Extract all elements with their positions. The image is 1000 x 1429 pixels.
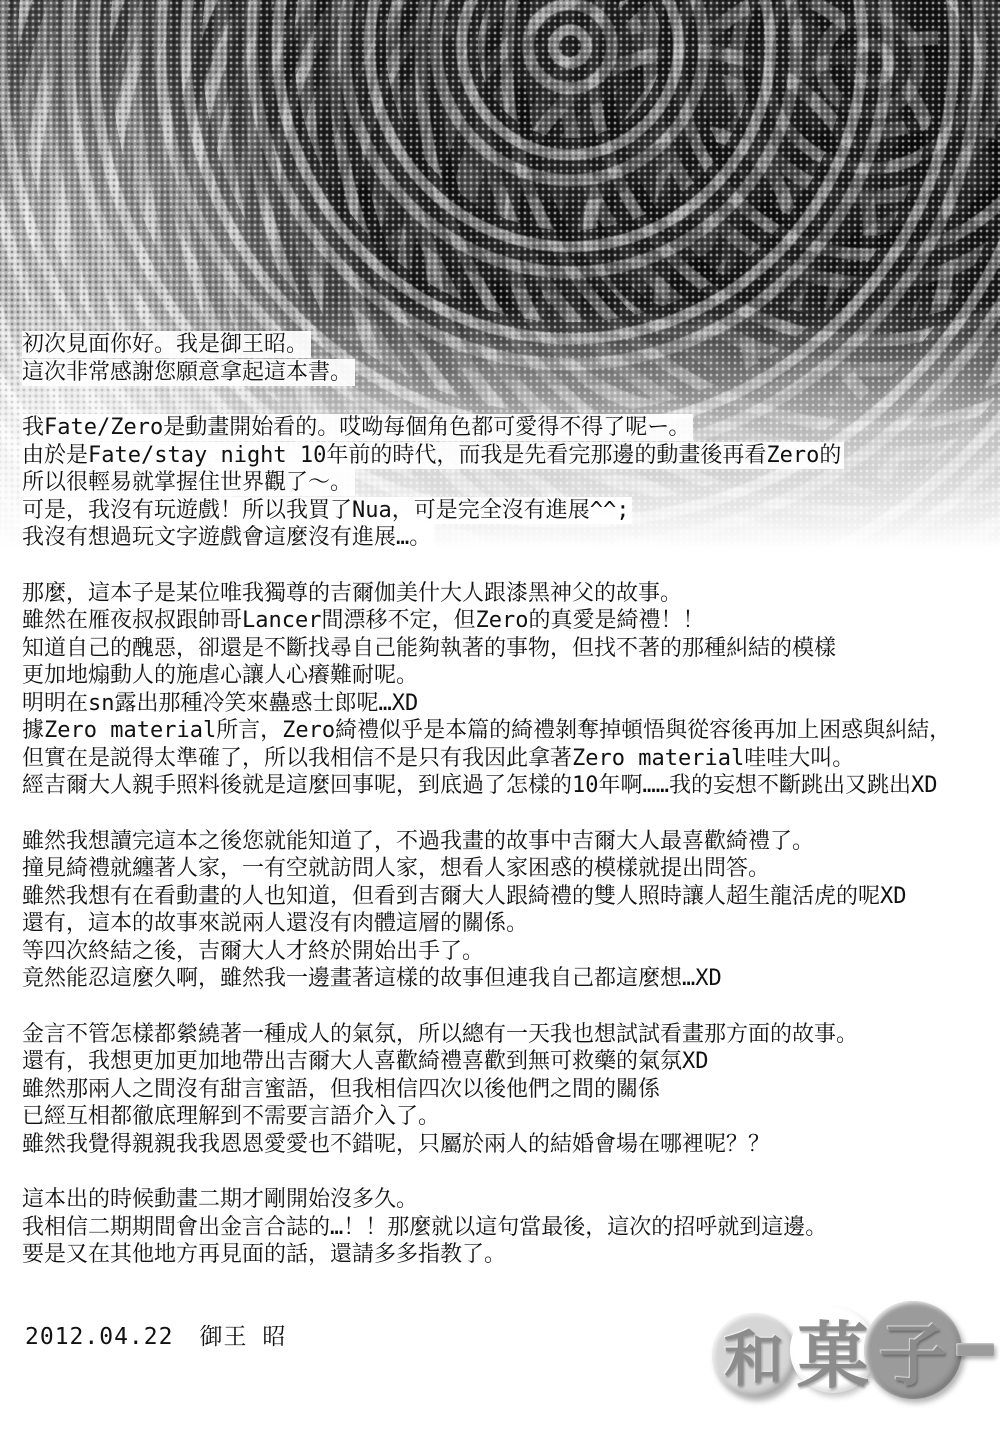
afterword-line: 等四次終結之後，吉爾大人才終於開始出手了。 bbox=[22, 938, 990, 966]
logo-char-shi: 子 bbox=[879, 1302, 947, 1399]
logo-dash bbox=[956, 1343, 994, 1356]
signature-date: 2012.04.22 bbox=[25, 1324, 173, 1350]
afterword-page: 初次見面你好。我是御王昭。 這次非常感謝您願意拿起這本書。 我Fate/Zero… bbox=[0, 0, 1000, 1429]
afterword-paragraph-5: 金言不管怎樣都縈繞著一種成人的氣氛，所以總有一天我也想試試看畫那方面的故事。 還… bbox=[22, 1021, 990, 1159]
afterword-line: 雖然在雁夜叔叔跟帥哥Lancer間漂移不定，但Zero的真愛是綺禮！！ bbox=[22, 607, 990, 635]
afterword-line: 我相信二期期間會出金言合誌的…！！那麼就以這句當最後，這次的招呼就到這邊。 bbox=[22, 1214, 990, 1242]
afterword-line: 雖然我想讀完這本之後您就能知道了，不過我畫的故事中吉爾大人最喜歡綺禮了。 bbox=[22, 828, 990, 856]
afterword-line: 初次見面你好。我是御王昭。 bbox=[22, 331, 990, 359]
afterword-paragraph-4: 雖然我想讀完這本之後您就能知道了，不過我畫的故事中吉爾大人最喜歡綺禮了。 撞見綺… bbox=[22, 828, 990, 993]
afterword-line: 但實在是説得太準確了，所以我相信不是只有我因此拿著Zero material哇哇… bbox=[22, 745, 990, 773]
afterword-line: 那麼，這本子是某位唯我獨尊的吉爾伽美什大人跟漆黑神父的故事。 bbox=[22, 580, 990, 608]
logo-char-ka: 菓 bbox=[797, 1298, 869, 1402]
afterword-line: 由於是Fate/stay night 10年前的時代，而我是先看完那邊的動畫後再… bbox=[22, 442, 990, 470]
logo-circle-1: 和 bbox=[712, 1313, 796, 1397]
afterword-text: 初次見面你好。我是御王昭。 這次非常感謝您願意拿起這本書。 我Fate/Zero… bbox=[22, 331, 990, 1297]
afterword-line: 雖然我覺得親親我我恩恩愛愛也不錯呢，只屬於兩人的結婚會場在哪裡呢？？ bbox=[22, 1131, 990, 1159]
afterword-line: 這本出的時候動畫二期才剛開始沒多久。 bbox=[22, 1186, 990, 1214]
afterword-line: 這次非常感謝您願意拿起這本書。 bbox=[22, 359, 990, 387]
afterword-line: 竟然能忍這麼久啊，雖然我一邊畫著這樣的故事但連我自己都這麼想…XD bbox=[22, 965, 990, 993]
afterword-paragraph-1: 初次見面你好。我是御王昭。 這次非常感謝您願意拿起這本書。 bbox=[22, 331, 990, 386]
afterword-line: 所以很輕易就掌握住世界觀了～。 bbox=[22, 469, 990, 497]
afterword-paragraph-3: 那麼，這本子是某位唯我獨尊的吉爾伽美什大人跟漆黑神父的故事。 雖然在雁夜叔叔跟帥… bbox=[22, 580, 990, 800]
afterword-line: 知道自己的醜惡，卻還是不斷找尋自己能夠執著的事物，但找不著的那種糾結的模樣 bbox=[22, 635, 990, 663]
afterword-line: 我Fate/Zero是動畫開始看的。哎呦每個角色都可愛得不得了呢ー。 bbox=[22, 414, 990, 442]
afterword-line: 明明在sn露出那種冷笑來蠱惑士郎呢…XD bbox=[22, 690, 990, 718]
afterword-paragraph-2: 我Fate/Zero是動畫開始看的。哎呦每個角色都可愛得不得了呢ー。 由於是Fa… bbox=[22, 414, 990, 552]
wagashi-circle-logo: 和 菓 子 bbox=[700, 1283, 1000, 1423]
signature-name: 御王 昭 bbox=[199, 1324, 286, 1350]
afterword-line: 金言不管怎樣都縈繞著一種成人的氣氛，所以總有一天我也想試試看畫那方面的故事。 bbox=[22, 1021, 990, 1049]
afterword-paragraph-6: 這本出的時候動畫二期才剛開始沒多久。 我相信二期期間會出金言合誌的…！！那麼就以… bbox=[22, 1186, 990, 1269]
afterword-line: 雖然我想有在看動畫的人也知道，但看到吉爾大人跟綺禮的雙人照時讓人超生龍活虎的呢X… bbox=[22, 883, 990, 911]
afterword-line: 撞見綺禮就纏著人家，一有空就訪問人家，想看人家困惑的模樣就提出問答。 bbox=[22, 855, 990, 883]
signature: 2012.04.22御王 昭 bbox=[25, 1318, 286, 1351]
afterword-line: 經吉爾大人親手照料後就是這麼回事呢，到底過了怎樣的10年啊……我的妄想不斷跳出又… bbox=[22, 772, 990, 800]
afterword-line: 我沒有想過玩文字遊戲會這麼沒有進展…。 bbox=[22, 524, 990, 552]
logo-circle-3: 子 bbox=[864, 1301, 962, 1399]
afterword-line: 要是又在其他地方再見面的話，還請多多指教了。 bbox=[22, 1241, 990, 1269]
afterword-line: 據Zero material所言，Zero綺禮似乎是本篇的綺禮剝奪掉頓悟與從容後… bbox=[22, 717, 990, 745]
afterword-line: 更加地煽動人的施虐心讓人心癢難耐呢。 bbox=[22, 662, 990, 690]
afterword-line: 還有，我想更加更加地帶出吉爾大人喜歡綺禮喜歡到無可救藥的氣氛XD bbox=[22, 1048, 990, 1076]
logo-char-wa: 和 bbox=[724, 1312, 784, 1398]
afterword-line: 還有，這本的故事來説兩人還沒有肉體這層的關係。 bbox=[22, 910, 990, 938]
afterword-line: 可是，我沒有玩遊戲！所以我買了Nua，可是完全沒有進展^^; bbox=[22, 497, 990, 525]
afterword-line: 已經互相都徹底理解到不需要言語介入了。 bbox=[22, 1103, 990, 1131]
afterword-line: 雖然那兩人之間沒有甜言蜜語，但我相信四次以後他們之間的關係 bbox=[22, 1076, 990, 1104]
